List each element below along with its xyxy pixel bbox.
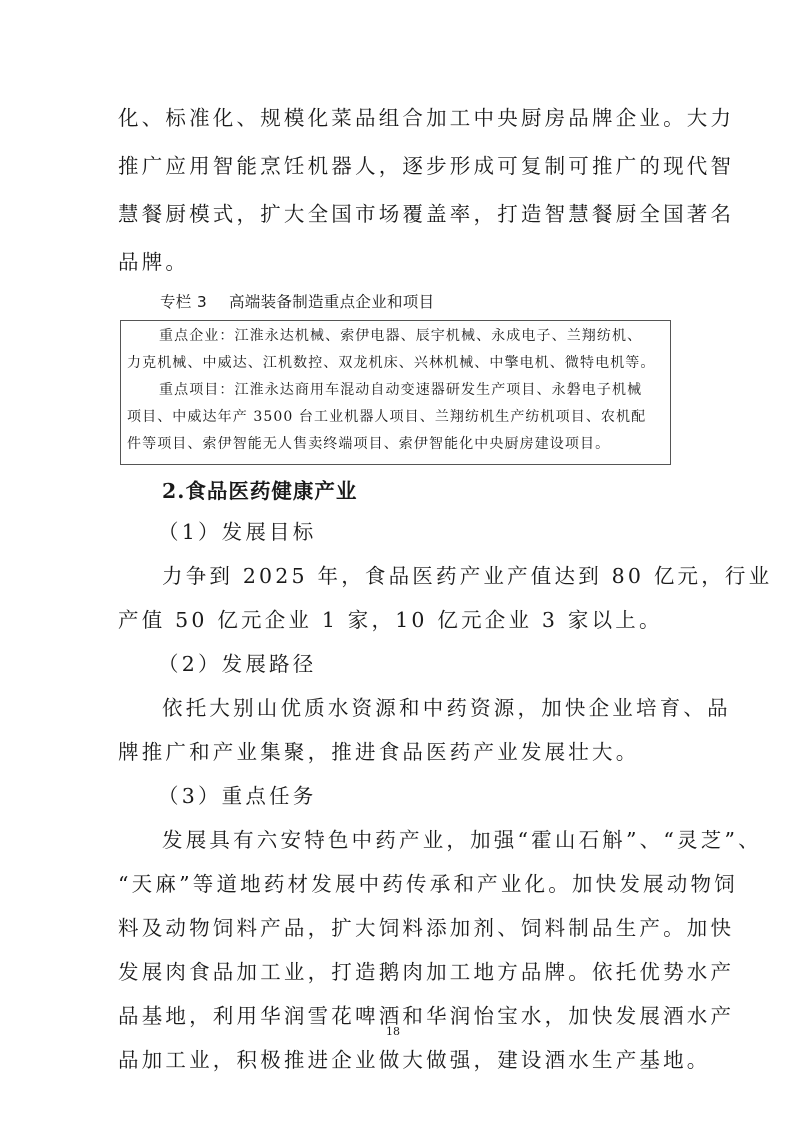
paragraph-line: 慧餐厨模式，扩大全国市场覆盖率，打造智慧餐厨全国著名 [118,200,678,228]
page-number: 18 [386,1025,400,1038]
paragraph-line: 料及动物饲料产品，扩大饲料添加剂、饲料制品生产。加快 [118,914,678,942]
paragraph-line: 力争到 2025 年，食品医药产业产值达到 80 亿元，行业 [162,562,678,590]
column-label: 专栏 3 [160,293,207,311]
paragraph-line: 发展具有六安特色中药产业，加强“霍山石斛”、“灵芝”、 [162,826,678,854]
box-line: 重点项目：江淮永达商用车混动自动变速器研发生产项目、永磐电子机械 [159,378,642,402]
box-line: 项目、中威达年产 3500 台工业机器人项目、兰翔纺机生产纺机项目、农机配 [127,405,646,429]
paragraph-line: 品加工业，积极推进企业做大做强，建设酒水生产基地。 [118,1046,678,1074]
paragraph-line: “天麻”等道地药材发展中药传承和产业化。加快发展动物饲 [118,870,678,898]
paragraph-line: 化、标准化、规模化菜品组合加工中央厨房品牌企业。大力 [118,104,678,132]
paragraph-line: 依托大别山优质水资源和中药资源，加快企业培育、品 [162,694,678,722]
column-box: 重点企业：江淮永达机械、索伊电器、辰宇机械、永成电子、兰翔纺机、 力克机械、中威… [120,320,671,465]
column-title: 高端装备制造重点企业和项目 [229,293,434,311]
box-line: 力克机械、中威达、江机数控、双龙机床、兴林机械、中擎电机、微特电机等。 [127,351,656,375]
box-line: 件等项目、索伊智能无人售卖终端项目、索伊智能化中央厨房建设项目。 [127,432,610,456]
paragraph-line: 发展肉食品加工业，打造鹅肉加工地方品牌。依托优势水产 [118,958,678,986]
paragraph-line: 品牌。 [118,248,678,276]
column-box-title: 专栏 3高端装备制造重点企业和项目 [160,290,434,314]
document-page: 化、标准化、规模化菜品组合加工中央厨房品牌企业。大力 推广应用智能烹饪机器人，逐… [0,0,793,1122]
subsection-heading: （2）发展路径 [158,650,674,678]
box-line: 重点企业：江淮永达机械、索伊电器、辰宇机械、永成电子、兰翔纺机、 [159,324,642,348]
subsection-heading: （1）发展目标 [158,518,674,546]
paragraph-line: 牌推广和产业集聚，推进食品医药产业发展壮大。 [118,738,678,766]
paragraph-line: 推广应用智能烹饪机器人，逐步形成可复制可推广的现代智 [118,152,678,180]
section-heading: 2.食品医药健康产业 [162,477,357,505]
subsection-heading: （3）重点任务 [158,782,674,810]
paragraph-line: 产值 50 亿元企业 1 家，10 亿元企业 3 家以上。 [118,606,678,634]
